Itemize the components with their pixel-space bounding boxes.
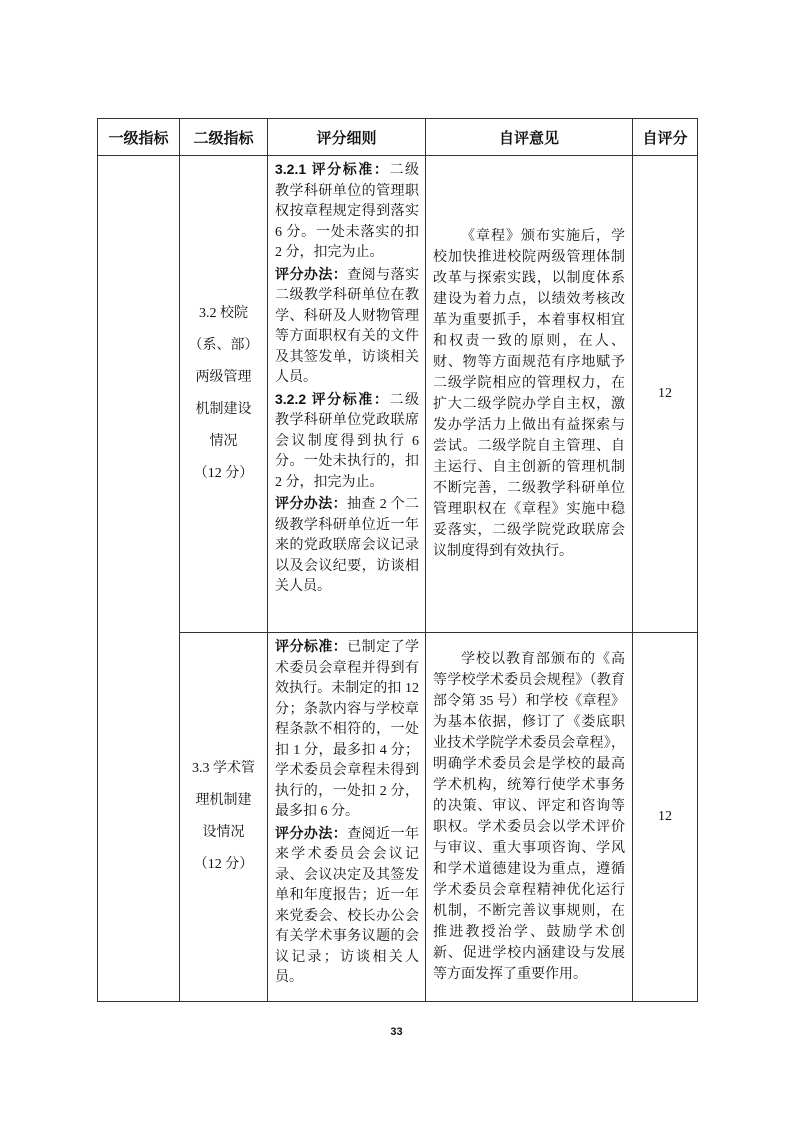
cell-level1-indicator (98, 156, 180, 1002)
header-self-evaluation-opinion: 自评意见 (426, 119, 633, 156)
cell-level2-indicator-3-2: 3.2 校院 （系、部） 两级管理 机制建设 情况 （12 分） (180, 156, 268, 633)
header-level1-indicator: 一级指标 (98, 119, 180, 156)
rule-paragraph: 3.2.2 评分标准：二级教学科研单位党政联席会议制度得到执行 6 分。一处未执… (275, 389, 419, 494)
header-self-score: 自评分 (633, 119, 698, 156)
table-header-row: 一级指标 二级指标 评分细则 自评意见 自评分 (98, 119, 698, 156)
header-level2-indicator: 二级指标 (180, 119, 268, 156)
table-row: 3.3 学术管 理机制建 设情况 （12 分） 评分标准：已制定了学术委员会章程… (98, 633, 698, 1002)
rule-label: 评分办法： (275, 495, 347, 511)
rule-paragraph: 3.2.1 评分标准：二级教学科研单位的管理职权按章程规定得到落实 6 分。一处… (275, 159, 419, 264)
cell-self-score-3-2: 12 (633, 156, 698, 633)
rule-paragraph: 评分办法：抽查 2 个二级教学科研单位近一年来的党政联席会议记录以及会议纪要，访… (275, 493, 419, 598)
header-scoring-rules: 评分细则 (268, 119, 426, 156)
rule-label: 3.2.1 评分标准： (275, 161, 389, 177)
opinion-paragraph: 学校以教育部颁布的《高等学校学术委员会规程》（教育部令第 35 号）和学校《章程… (433, 649, 625, 985)
table-row: 3.2 校院 （系、部） 两级管理 机制建设 情况 （12 分） 3.2.1 评… (98, 156, 698, 633)
cell-self-score-3-3: 12 (633, 633, 698, 1002)
cell-scoring-rules-3-2: 3.2.1 评分标准：二级教学科研单位的管理职权按章程规定得到落实 6 分。一处… (268, 156, 426, 633)
rule-label: 评分办法： (275, 825, 347, 841)
page-number: 33 (0, 1026, 793, 1038)
document-page: 一级指标 二级指标 评分细则 自评意见 自评分 3.2 校院 （系、部） 两级管… (0, 0, 793, 1122)
rule-label: 3.2.2 评分标准： (275, 391, 389, 407)
rule-label: 评分标准： (275, 638, 347, 654)
rule-paragraph: 评分标准：已制定了学术委员会章程并得到有效执行。未制定的扣 12 分；条款内容与… (275, 636, 419, 823)
rule-label: 评分办法： (275, 266, 347, 282)
opinion-paragraph: 《章程》颁布实施后，学校加快推进校院两级管理体制改革与探索实践，以制度体系建设为… (433, 226, 625, 562)
cell-self-evaluation-opinion-3-2: 《章程》颁布实施后，学校加快推进校院两级管理体制改革与探索实践，以制度体系建设为… (426, 156, 633, 633)
evaluation-table: 一级指标 二级指标 评分细则 自评意见 自评分 3.2 校院 （系、部） 两级管… (97, 118, 698, 1002)
rule-paragraph: 评分办法：查阅近一年来学术委员会会议记录、会议决定及其签发单和年度报告；近一年来… (275, 823, 419, 989)
cell-level2-indicator-3-3: 3.3 学术管 理机制建 设情况 （12 分） (180, 633, 268, 1002)
cell-self-evaluation-opinion-3-3: 学校以教育部颁布的《高等学校学术委员会规程》（教育部令第 35 号）和学校《章程… (426, 633, 633, 1002)
cell-scoring-rules-3-3: 评分标准：已制定了学术委员会章程并得到有效执行。未制定的扣 12 分；条款内容与… (268, 633, 426, 1002)
rule-paragraph: 评分办法：查阅与落实二级教学科研单位在教学、科研及人财物管理等方面职权有关的文件… (275, 264, 419, 389)
